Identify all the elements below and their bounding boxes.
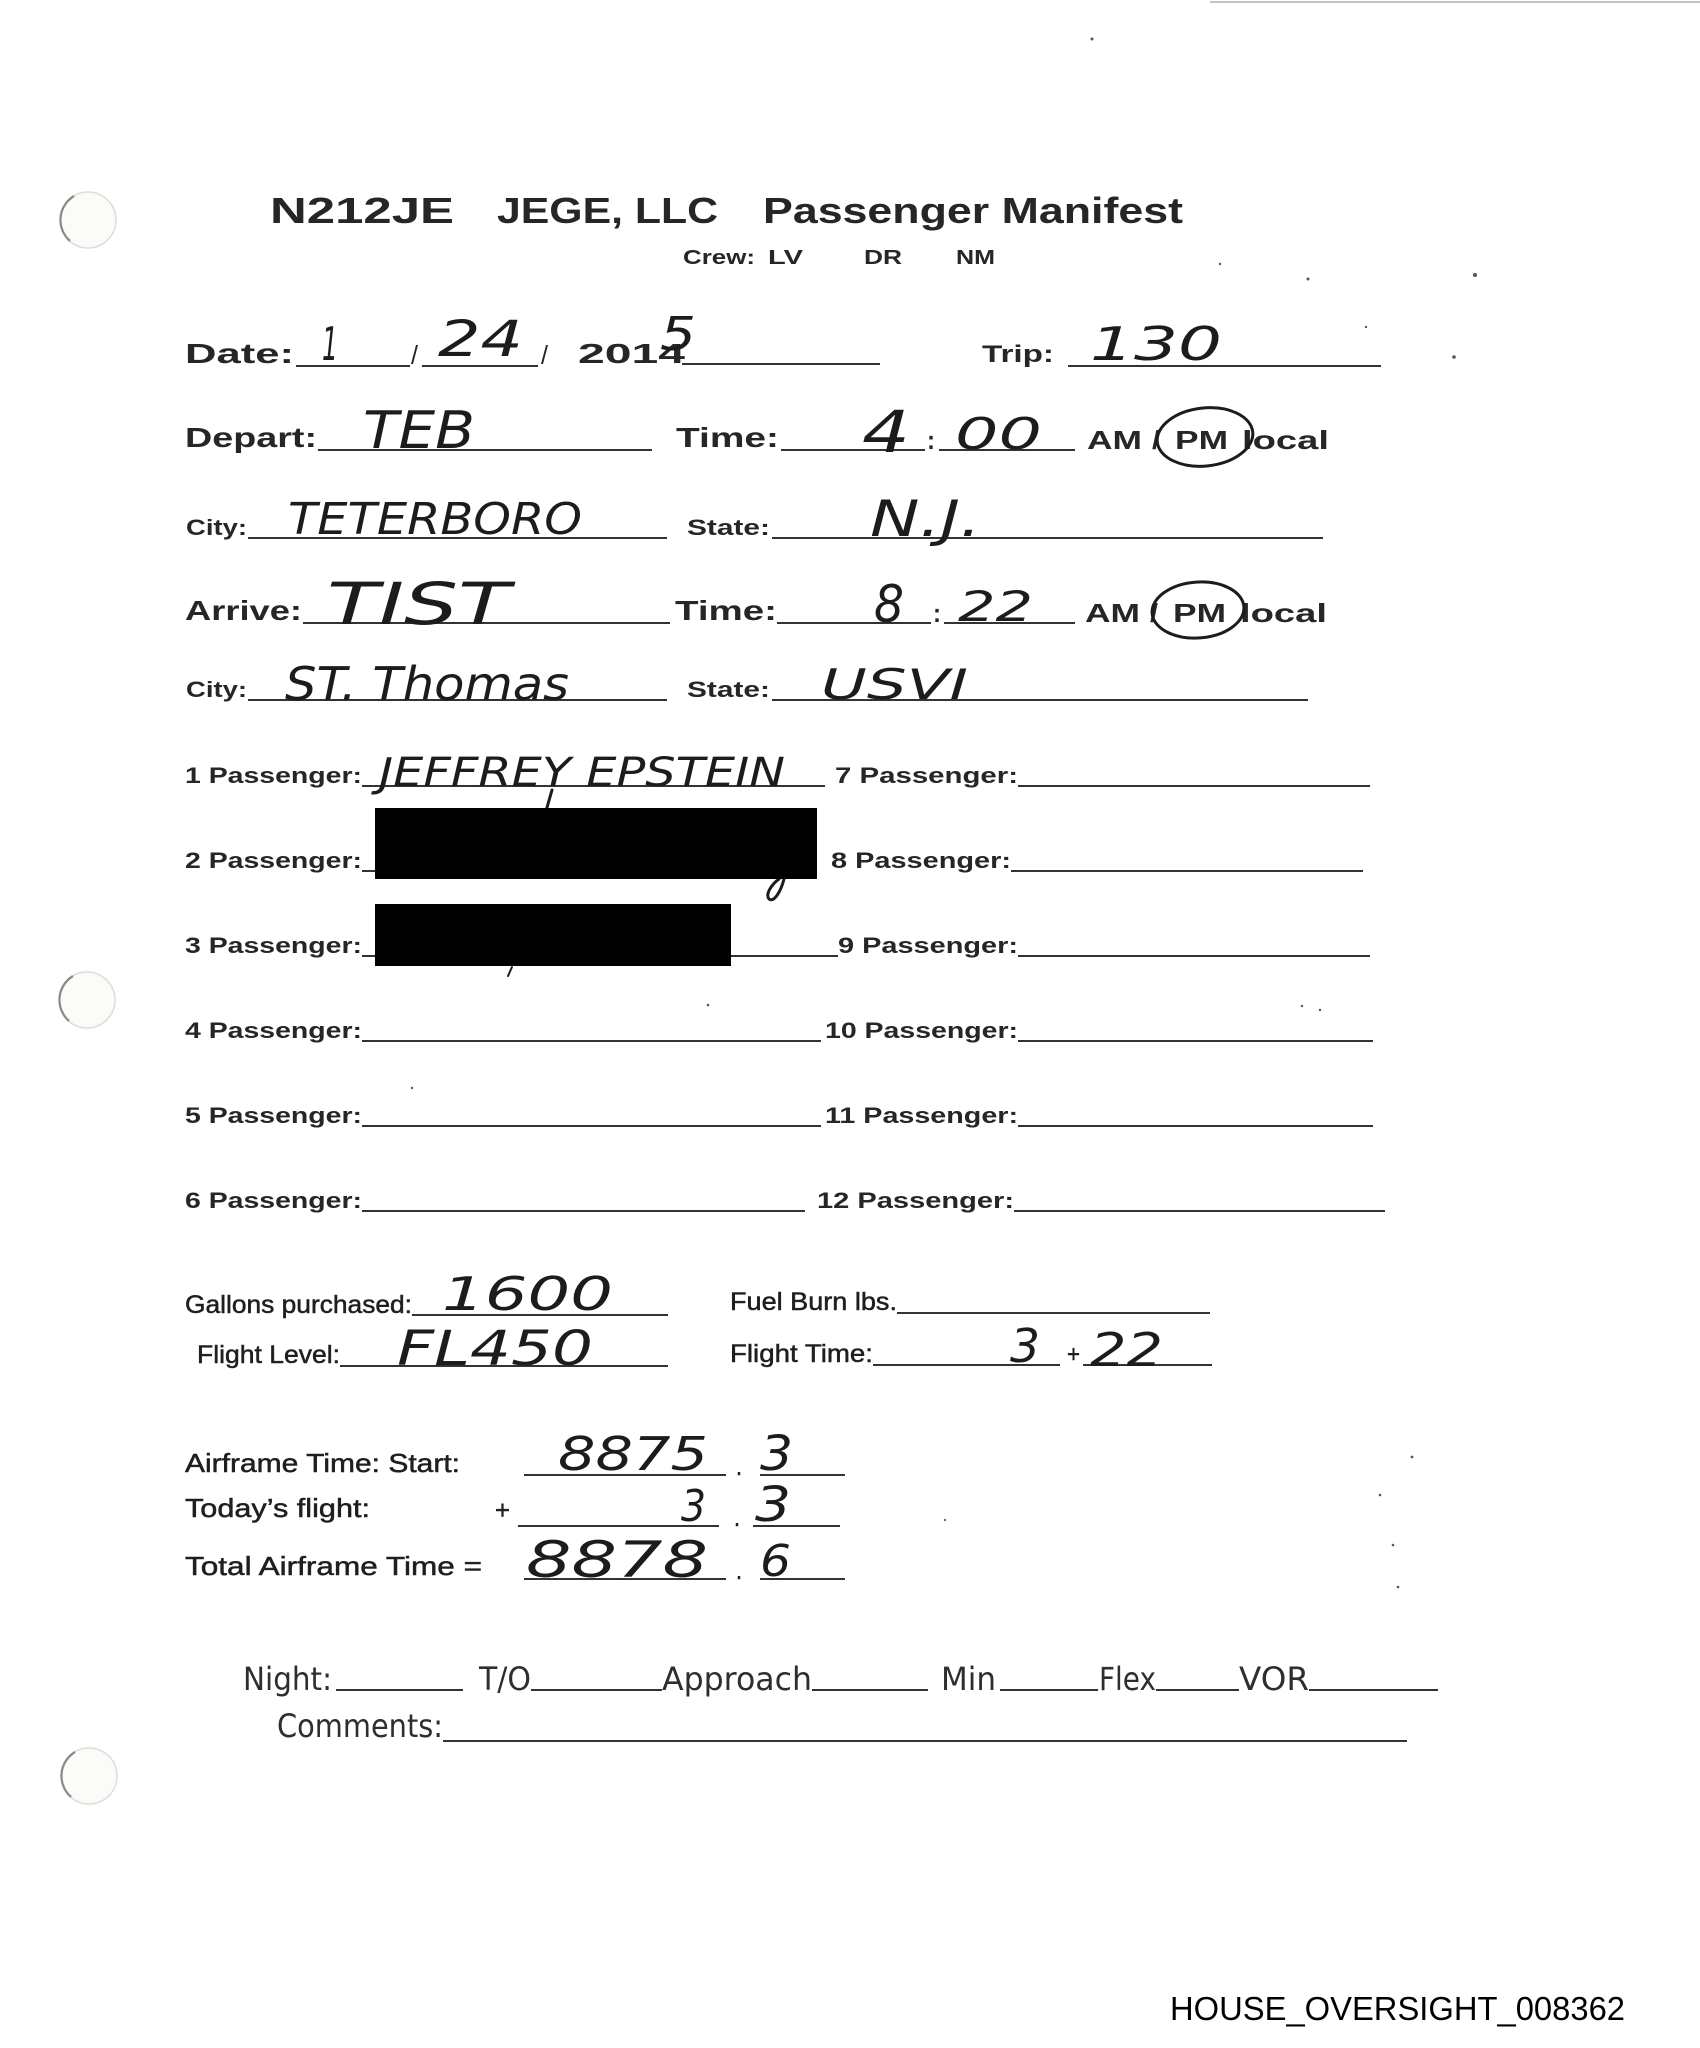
passenger-label: 5 Passenger:: [185, 1103, 362, 1128]
company-name: JEGE, LLC: [497, 190, 718, 231]
date-label: Date:: [185, 338, 294, 369]
scan-speck: [1319, 1009, 1321, 1011]
airframe-start-tenths-value: 3: [760, 1426, 793, 1482]
depart-time-colon: :: [927, 425, 935, 455]
depart-hour-value: 4: [862, 398, 910, 466]
gallons-label: Gallons purchased:: [185, 1291, 412, 1319]
vor-label: VOR: [1239, 1660, 1309, 1698]
decimal-point: .: [734, 1502, 740, 1532]
log-section: Night: T/O Approach Min Flex VOR Comment…: [243, 1660, 1438, 1745]
scan-speck: [1392, 1544, 1395, 1547]
plus-sign: +: [495, 1495, 510, 1525]
todays-flight-label: Today’s flight:: [185, 1493, 370, 1523]
scan-speck: [1301, 1005, 1303, 1007]
arrive-time-colon: :: [933, 598, 941, 628]
depart-row: Depart: TEB Time: 4 : 00 AM / PM local: [185, 398, 1329, 471]
arrive-row: Arrive: TIST Time: 8 : 22 AM / PM local: [185, 570, 1327, 641]
tail-number: N212JE: [270, 190, 454, 231]
scan-speck: [1397, 1586, 1400, 1589]
arrive-pm-option: PM: [1173, 598, 1226, 628]
depart-state-value: N.J.: [870, 490, 981, 548]
todays-flight-whole-value: 3: [681, 1481, 706, 1532]
manifest-page: N212JE JEGE, LLC Passenger Manifest Crew…: [0, 0, 1700, 2048]
depart-am-option: AM: [1087, 425, 1142, 455]
hole-punch-middle: [59, 972, 115, 1028]
passenger-row: 6 Passenger: 12 Passenger:: [185, 1188, 1385, 1213]
crew-label: Crew:: [683, 247, 755, 269]
arrive-state-value: USVI: [821, 660, 968, 709]
airframe-start-whole-value: 8875: [558, 1427, 708, 1481]
airframe-start-label: Airframe Time: Start:: [185, 1448, 460, 1478]
depart-state-label: State:: [687, 515, 770, 540]
depart-city-label: City:: [186, 515, 247, 540]
hole-punch-bottom: [61, 1748, 117, 1804]
arrive-city-value: ST. Thomas: [285, 657, 569, 711]
passenger-label: 3 Passenger:: [185, 933, 362, 958]
passenger-label: 9 Passenger:: [838, 933, 1018, 958]
decimal-point: .: [736, 1451, 742, 1481]
date-separator: /: [541, 340, 549, 370]
depart-city-value: TETERBORO: [288, 494, 582, 545]
date-month-value: 1: [322, 317, 338, 371]
trip-number-value: 130: [1090, 317, 1222, 371]
arrive-hour-value: 8: [874, 575, 904, 635]
flight-time-minutes-value: 22: [1090, 1323, 1163, 1377]
passenger-name: JEFFREY EPSTEIN: [371, 750, 785, 796]
redaction-box: [375, 808, 817, 879]
page-title: Passenger Manifest: [763, 190, 1183, 231]
fuel-section: Gallons purchased: 1600 Fuel Burn lbs. F…: [185, 1267, 1212, 1377]
total-airframe-whole-value: 8878: [526, 1531, 708, 1589]
scan-speck: [707, 1004, 710, 1007]
flight-level-value: FL450: [397, 1321, 593, 1377]
date-year-correction: 5: [660, 307, 696, 361]
min-label: Min: [941, 1660, 996, 1698]
passenger-label: 4 Passenger:: [185, 1018, 362, 1043]
handwriting-fragment: [768, 879, 784, 900]
scan-speck: [411, 1087, 413, 1089]
arrive-label: Arrive:: [185, 595, 302, 626]
hole-punch-top: [60, 192, 116, 248]
flight-time-label: Flight Time:: [730, 1340, 873, 1368]
depart-city-row: City: TETERBORO State: N.J.: [186, 490, 1323, 548]
scan-speck: [944, 1519, 946, 1521]
airframe-section: Airframe Time: Start: 8875 . 3 Today’s f…: [185, 1426, 845, 1589]
handwriting-fragment: [508, 967, 512, 976]
passenger-label: 6 Passenger:: [185, 1188, 362, 1213]
depart-airport-value: TEB: [363, 401, 475, 461]
arrive-state-label: State:: [687, 677, 770, 702]
flight-time-separator: +: [1067, 1341, 1080, 1368]
night-label: Night:: [243, 1660, 332, 1698]
date-day-value: 24: [438, 310, 523, 368]
trip-label: Trip:: [982, 341, 1054, 368]
fuel-burn-label: Fuel Burn lbs.: [730, 1288, 897, 1316]
crew-member: NM: [956, 247, 995, 269]
passenger-list: 1 Passenger: JEFFREY EPSTEIN 7 Passenger…: [185, 750, 1385, 1213]
scan-speck: [1473, 273, 1477, 277]
passenger-label: 8 Passenger:: [831, 848, 1011, 873]
gallons-value: 1600: [442, 1267, 613, 1321]
comments-label: Comments:: [277, 1707, 443, 1745]
date-row: Date: 1 / 24 / 2014 5 Trip: 130: [185, 307, 1381, 371]
arrive-local-label: local: [1240, 598, 1327, 628]
passenger-label: 2 Passenger:: [185, 848, 362, 873]
passenger-label: 7 Passenger:: [835, 763, 1018, 788]
arrive-minute-value: 22: [958, 582, 1033, 631]
arrive-city-row: City: ST. Thomas State: USVI: [186, 657, 1308, 711]
takeoff-label: T/O: [478, 1660, 531, 1698]
scan-speck: [1307, 278, 1310, 281]
redaction-box: [375, 904, 731, 966]
flight-time-hours-value: 3: [1010, 1319, 1040, 1373]
approach-label: Approach: [662, 1660, 812, 1698]
scan-speck: [1219, 263, 1221, 265]
scan-speck: [1379, 1494, 1382, 1497]
todays-flight-tenths-value: 3: [755, 1477, 791, 1533]
scan-speck: [1091, 38, 1094, 41]
decimal-point: .: [736, 1555, 742, 1585]
arrive-city-label: City:: [186, 677, 247, 702]
passenger-row: 5 Passenger: 11 Passenger:: [185, 1103, 1373, 1128]
total-airframe-label: Total Airframe Time =: [185, 1551, 482, 1581]
passenger-row: 4 Passenger: 10 Passenger:: [185, 1018, 1373, 1043]
flight-level-label: Flight Level:: [197, 1341, 340, 1369]
scan-speck: [1365, 326, 1367, 328]
crew-member: LV: [768, 247, 804, 269]
passenger-label: 1 Passenger:: [185, 763, 362, 788]
total-airframe-tenths-value: 6: [760, 1536, 791, 1587]
scanned-form: N212JE JEGE, LLC Passenger Manifest Crew…: [0, 0, 1700, 2048]
passenger-label: 10 Passenger:: [825, 1018, 1018, 1043]
scan-speck: [1411, 1456, 1414, 1459]
date-separator: /: [411, 340, 419, 370]
depart-label: Depart:: [185, 422, 317, 453]
crew-member: DR: [864, 247, 903, 269]
passenger-label: 12 Passenger:: [817, 1188, 1014, 1213]
passenger-row: 3 Passenger: 9 Passenger:: [185, 933, 1370, 958]
depart-local-label: local: [1242, 425, 1329, 455]
arrive-time-label: Time:: [675, 595, 777, 626]
flex-label: Flex: [1099, 1660, 1156, 1698]
passenger-label: 11 Passenger:: [825, 1103, 1018, 1128]
arrive-airport-value: TIST: [327, 570, 517, 638]
scan-speck: [1452, 355, 1456, 359]
passenger-row: 1 Passenger: JEFFREY EPSTEIN 7 Passenger…: [185, 750, 1370, 796]
form-header: N212JE JEGE, LLC Passenger Manifest Crew…: [270, 190, 1183, 269]
arrive-am-option: AM: [1085, 598, 1140, 628]
bates-number: HOUSE_OVERSIGHT_008362: [1170, 1990, 1625, 2027]
depart-minute-value: 00: [955, 409, 1042, 460]
depart-pm-option: PM: [1175, 425, 1228, 455]
depart-time-label: Time:: [676, 422, 779, 453]
